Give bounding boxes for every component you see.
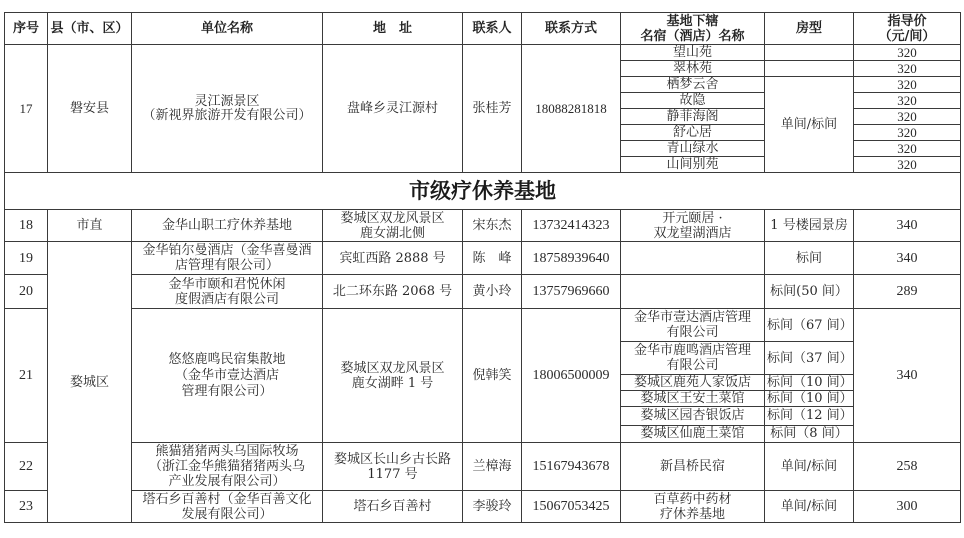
header-address: 地 址 (323, 13, 463, 45)
cell-address: 婺城区双龙风景区鹿女湖北侧 (323, 210, 463, 242)
table-row-19: 19 婺城区 金华铂尔曼酒店（金华喜曼酒店管理有限公司） 宾虹西路 2888 号… (5, 242, 961, 275)
cell-unit: 金华铂尔曼酒店（金华喜曼酒店管理有限公司） (132, 242, 323, 275)
cell-phone: 13732414323 (522, 210, 621, 242)
cell-price: 289 (854, 275, 961, 309)
cell-sub-name: 婺城区园杏银饭店 (621, 407, 765, 426)
table-row-22: 22 熊猫猪猪两头乌国际牧场（浙江金华熊猫猪猪两头乌产业发展有限公司） 婺城区长… (5, 443, 961, 491)
address-line1: 婺城区双龙风景区 (325, 361, 460, 376)
cell-sub-name: 翠林苑 (621, 61, 765, 77)
cell-price: 300 (854, 491, 961, 523)
header-sub-name-line1: 基地下辖 (623, 14, 762, 29)
cell-sub-name: 婺城区鹿苑人家饭店 (621, 375, 765, 391)
cell-phone: 18758939640 (522, 242, 621, 275)
cell-price: 340 (854, 210, 961, 242)
header-unit: 单位名称 (132, 13, 323, 45)
unit-line3: 产业发展有限公司） (134, 474, 320, 489)
cell-sub-name (621, 242, 765, 275)
cell-contact: 李骏玲 (463, 491, 522, 523)
cell-phone: 13757969660 (522, 275, 621, 309)
cell-sub-name: 故隐 (621, 93, 765, 109)
cell-sub-name: 青山绿水 (621, 141, 765, 157)
cell-room-type: 标间（8 间） (765, 426, 854, 443)
cell-contact: 张桂芳 (463, 45, 522, 173)
cell-room-type: 标间（37 间） (765, 342, 854, 375)
cell-room-type: 标间（67 间） (765, 309, 854, 342)
cell-room-type: 单间/标间 (765, 77, 854, 173)
cell-sub-name: 婺城区王安土菜馆 (621, 391, 765, 407)
cell-room-type: 单间/标间 (765, 491, 854, 523)
cell-seq: 21 (5, 309, 48, 443)
section-title: 市级疗休养基地 (5, 173, 961, 210)
cell-unit: 金华市颐和君悦休闲度假酒店有限公司 (132, 275, 323, 309)
cell-sub-name: 金华市壹达酒店管理有限公司 (621, 309, 765, 342)
cell-phone: 18088281818 (522, 45, 621, 173)
cell-sub-name: 舒心居 (621, 125, 765, 141)
cell-price: 320 (854, 141, 961, 157)
table-row-18: 18 市直 金华山职工疗休养基地 婺城区双龙风景区鹿女湖北侧 宋东杰 13732… (5, 210, 961, 242)
address-line1: 婺城区双龙风景区 (325, 211, 460, 226)
unit-line1: 悠悠鹿鸣民宿集散地 (134, 352, 320, 368)
header-row: 序号 县（市、区） 单位名称 地 址 联系人 联系方式 基地下辖名宿（酒店）名称… (5, 13, 961, 45)
header-sub-name: 基地下辖名宿（酒店）名称 (621, 13, 765, 45)
cell-address: 北二环东路 2068 号 (323, 275, 463, 309)
cell-sub-name: 百草药中药材疗休养基地 (621, 491, 765, 523)
cell-unit: 灵江源景区（新视界旅游开发有限公司） (132, 45, 323, 173)
sub-line1: 开元颐居 · (623, 211, 762, 226)
cell-price: 320 (854, 45, 961, 61)
sub-line1: 百草药中药材 (623, 492, 762, 507)
cell-price: 320 (854, 125, 961, 141)
cell-sub-name: 新昌桥民宿 (621, 443, 765, 491)
cell-contact: 兰樟海 (463, 443, 522, 491)
cell-room-type: 单间/标间 (765, 443, 854, 491)
cell-sub-name: 静菲海阁 (621, 109, 765, 125)
unit-line3: 管理有限公司） (134, 384, 320, 400)
unit-line1: 灵江源景区 (134, 95, 320, 109)
sub-line2: 疗休养基地 (623, 507, 762, 522)
sub-line1: 金华市鹿鸣酒店管理 (623, 343, 762, 358)
cell-address: 宾虹西路 2888 号 (323, 242, 463, 275)
unit-line1: 塔石乡百善村（金华百善文化 (134, 492, 320, 507)
cell-unit: 金华山职工疗休养基地 (132, 210, 323, 242)
unit-line2: （浙江金华熊猫猪猪两头乌 (134, 459, 320, 474)
table-row-17: 17 磐安县 灵江源景区（新视界旅游开发有限公司） 盘峰乡灵江源村 张桂芳 18… (5, 45, 961, 61)
cell-sub-name: 婺城区仙鹿土菜馆 (621, 426, 765, 443)
cell-county: 婺城区 (48, 242, 132, 523)
cell-unit: 熊猫猪猪两头乌国际牧场（浙江金华熊猫猪猪两头乌产业发展有限公司） (132, 443, 323, 491)
cell-room-type-empty (765, 61, 854, 77)
cell-address: 塔石乡百善村 (323, 491, 463, 523)
cell-unit: 塔石乡百善村（金华百善文化发展有限公司） (132, 491, 323, 523)
cell-seq: 20 (5, 275, 48, 309)
cell-address: 婺城区长山乡古长路1177 号 (323, 443, 463, 491)
cell-contact: 黄小玲 (463, 275, 522, 309)
header-price: 指导价（元/间） (854, 13, 961, 45)
cell-seq: 19 (5, 242, 48, 275)
cell-price: 258 (854, 443, 961, 491)
cell-seq: 18 (5, 210, 48, 242)
healing-base-table: 序号 县（市、区） 单位名称 地 址 联系人 联系方式 基地下辖名宿（酒店）名称… (4, 12, 961, 523)
cell-phone: 15067053425 (522, 491, 621, 523)
address-line2: 鹿女湖畔 1 号 (325, 376, 460, 391)
cell-price: 340 (854, 309, 961, 443)
header-phone: 联系方式 (522, 13, 621, 45)
unit-line2: （金华市壹达酒店 (134, 368, 320, 384)
cell-room-type: 标间（10 间） (765, 375, 854, 391)
cell-room-type: 标间（10 间） (765, 391, 854, 407)
header-sub-name-line2: 名宿（酒店）名称 (623, 29, 762, 44)
header-room-type: 房型 (765, 13, 854, 45)
cell-address: 盘峰乡灵江源村 (323, 45, 463, 173)
cell-phone: 18006500009 (522, 309, 621, 443)
unit-line2: 度假酒店有限公司 (134, 292, 320, 307)
cell-price: 320 (854, 157, 961, 173)
header-price-line2: （元/间） (856, 29, 958, 44)
cell-seq: 22 (5, 443, 48, 491)
unit-line1: 熊猫猪猪两头乌国际牧场 (134, 444, 320, 459)
cell-county: 市直 (48, 210, 132, 242)
address-line1: 婺城区长山乡古长路 (325, 452, 460, 467)
header-contact: 联系人 (463, 13, 522, 45)
cell-price: 320 (854, 61, 961, 77)
cell-sub-name: 金华市鹿鸣酒店管理有限公司 (621, 342, 765, 375)
cell-sub-name (621, 275, 765, 309)
header-county: 县（市、区） (48, 13, 132, 45)
cell-price: 320 (854, 77, 961, 93)
cell-contact: 宋东杰 (463, 210, 522, 242)
cell-sub-name: 望山苑 (621, 45, 765, 61)
table-row-21: 21 悠悠鹿鸣民宿集散地（金华市壹达酒店管理有限公司） 婺城区双龙风景区鹿女湖畔… (5, 309, 961, 342)
cell-price: 340 (854, 242, 961, 275)
cell-contact: 陈 峰 (463, 242, 522, 275)
unit-line1: 金华铂尔曼酒店（金华喜曼酒 (134, 243, 320, 258)
sub-line1: 金华市壹达酒店管理 (623, 310, 762, 325)
cell-county: 磐安县 (48, 45, 132, 173)
unit-line1: 金华市颐和君悦休闲 (134, 277, 320, 292)
header-seq: 序号 (5, 13, 48, 45)
unit-line2: 发展有限公司） (134, 507, 320, 522)
cell-contact: 倪韩笑 (463, 309, 522, 443)
address-line2: 1177 号 (325, 467, 460, 482)
cell-unit: 悠悠鹿鸣民宿集散地（金华市壹达酒店管理有限公司） (132, 309, 323, 443)
cell-room-type: 1 号楼园景房 (765, 210, 854, 242)
cell-phone: 15167943678 (522, 443, 621, 491)
address-line2: 鹿女湖北侧 (325, 226, 460, 241)
cell-room-type: 标间(50 间） (765, 275, 854, 309)
section-row: 市级疗休养基地 (5, 173, 961, 210)
unit-line2: 店管理有限公司） (134, 258, 320, 273)
table-row-20: 20 金华市颐和君悦休闲度假酒店有限公司 北二环东路 2068 号 黄小玲 13… (5, 275, 961, 309)
cell-price: 320 (854, 93, 961, 109)
sub-line2: 双龙望湖酒店 (623, 226, 762, 241)
cell-price: 320 (854, 109, 961, 125)
unit-line2: （新视界旅游开发有限公司） (134, 109, 320, 123)
cell-address: 婺城区双龙风景区鹿女湖畔 1 号 (323, 309, 463, 443)
table-row-23: 23 塔石乡百善村（金华百善文化发展有限公司） 塔石乡百善村 李骏玲 15067… (5, 491, 961, 523)
sub-line2: 有限公司 (623, 325, 762, 340)
cell-seq: 17 (5, 45, 48, 173)
cell-room-type-empty (765, 45, 854, 61)
cell-sub-name: 山间别苑 (621, 157, 765, 173)
sub-line2: 有限公司 (623, 358, 762, 373)
cell-sub-name: 开元颐居 ·双龙望湖酒店 (621, 210, 765, 242)
cell-room-type: 标间 (765, 242, 854, 275)
cell-seq: 23 (5, 491, 48, 523)
header-price-line1: 指导价 (856, 14, 958, 29)
cell-room-type: 标间（12 间） (765, 407, 854, 426)
cell-sub-name: 栖梦云舍 (621, 77, 765, 93)
